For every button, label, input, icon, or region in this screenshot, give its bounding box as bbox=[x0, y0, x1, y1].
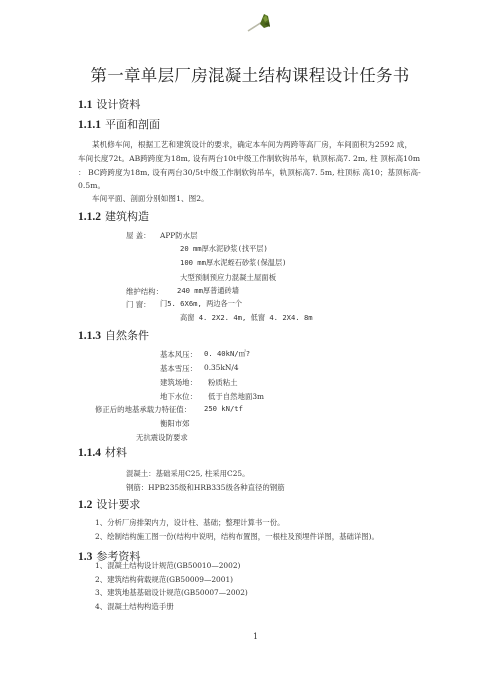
site-value: 粉质粘土 bbox=[208, 377, 238, 388]
roof-label: 屋 盖： bbox=[126, 230, 151, 241]
water-level-value: 低于自然地面3m bbox=[208, 391, 264, 402]
requirement-item: 2、绘制结构施工图一份(结构中说明，结构布置图，一根柱及预埋件详图，基础详图)。 bbox=[95, 531, 379, 542]
section-1-2-heading: 1.2设计要求 bbox=[78, 496, 140, 512]
wind-pressure-value: 0. 40kN/㎡? bbox=[204, 349, 250, 359]
roof-item: 100 mm厚水泥蛭石砂浆(保温层) bbox=[180, 258, 287, 268]
wind-pressure-label: 基本风压： bbox=[160, 349, 197, 360]
wall-value: 240 mm厚普通砖墙 bbox=[177, 286, 239, 296]
section-1-1-3-heading: 1.1.3自然条件 bbox=[78, 327, 149, 343]
seismic-text: 无抗震设防要求 bbox=[136, 432, 188, 443]
reference-item: 3、建筑地基基础设计规范(GB50007—2002) bbox=[95, 587, 248, 598]
reference-item: 1、混凝土结构设计规范(GB50010—2002) bbox=[95, 560, 240, 571]
roof-item: 20 mm厚水泥砂浆(找平层) bbox=[180, 244, 268, 254]
roof-item: 大型预制预应力混凝土屋面板 bbox=[180, 272, 276, 283]
paragraph-line: 车间平面、剖面分别如图1、图2。 bbox=[92, 193, 209, 204]
window-label: 门 窗： bbox=[126, 299, 151, 310]
rebar-line: 钢筋：HPB235级和HRB335级各种直径的钢筋 bbox=[126, 482, 285, 493]
snow-pressure-value: 0.35kN/4 bbox=[204, 363, 239, 372]
section-1-1-heading: 1.1设计资料 bbox=[78, 96, 140, 112]
bearing-capacity-label: 修正后的地基承载力特征值： bbox=[95, 404, 191, 415]
window-item: 高窗 4. 2X2. 4m, 低窗 4. 2X4. 8m bbox=[180, 313, 313, 323]
roof-item: APP防水层 bbox=[160, 230, 197, 241]
bearing-capacity-value: 250 kN/tf bbox=[204, 404, 243, 413]
plant-logo-icon bbox=[244, 10, 274, 34]
paragraph-line: 0.5m。 bbox=[78, 180, 105, 191]
section-1-1-2-heading: 1.1.2建筑构造 bbox=[78, 208, 149, 224]
section-1-1-4-heading: 1.1.4材料 bbox=[78, 444, 127, 460]
window-item: 门5. 6X6m, 两边各一个 bbox=[160, 299, 242, 309]
location-text: 衡阳市郊 bbox=[160, 418, 190, 429]
requirement-item: 1、分析厂房排架内力，设计柱、基础；整理计算书一份。 bbox=[95, 517, 284, 528]
paragraph-line: 车间长度72t。AB跨跨度为18m, 设有两台10t中级工作制软钩吊车，轨顶标高… bbox=[78, 153, 420, 164]
site-label: 建筑场地： bbox=[160, 377, 197, 388]
paragraph-line: ： BC跨跨度为18m, 设有两台30/5t中级工作制软钩吊车，轨顶标高7. 5… bbox=[78, 167, 421, 178]
section-1-1-1-heading: 1.1.1平面和剖面 bbox=[78, 116, 160, 132]
wall-label: 维护结构： bbox=[126, 286, 163, 297]
paragraph-line: 某机修车间，根据工艺和建筑设计的要求，确定本车间为两跨等高厂房，车间面积为259… bbox=[92, 139, 412, 150]
reference-item: 4、混凝土结构构造手册 bbox=[95, 601, 174, 612]
water-level-label: 地下水位： bbox=[160, 391, 197, 402]
concrete-line: 混凝土：基础采用C25, 柱采用C25。 bbox=[126, 468, 250, 479]
document-title: 第一章单层厂房混凝土结构课程设计任务书 bbox=[0, 62, 500, 86]
snow-pressure-label: 基本雪压： bbox=[160, 363, 197, 374]
page-number: 1 bbox=[253, 632, 258, 641]
reference-item: 2、建筑结构荷载规范(GB50009—2001) bbox=[95, 574, 233, 585]
